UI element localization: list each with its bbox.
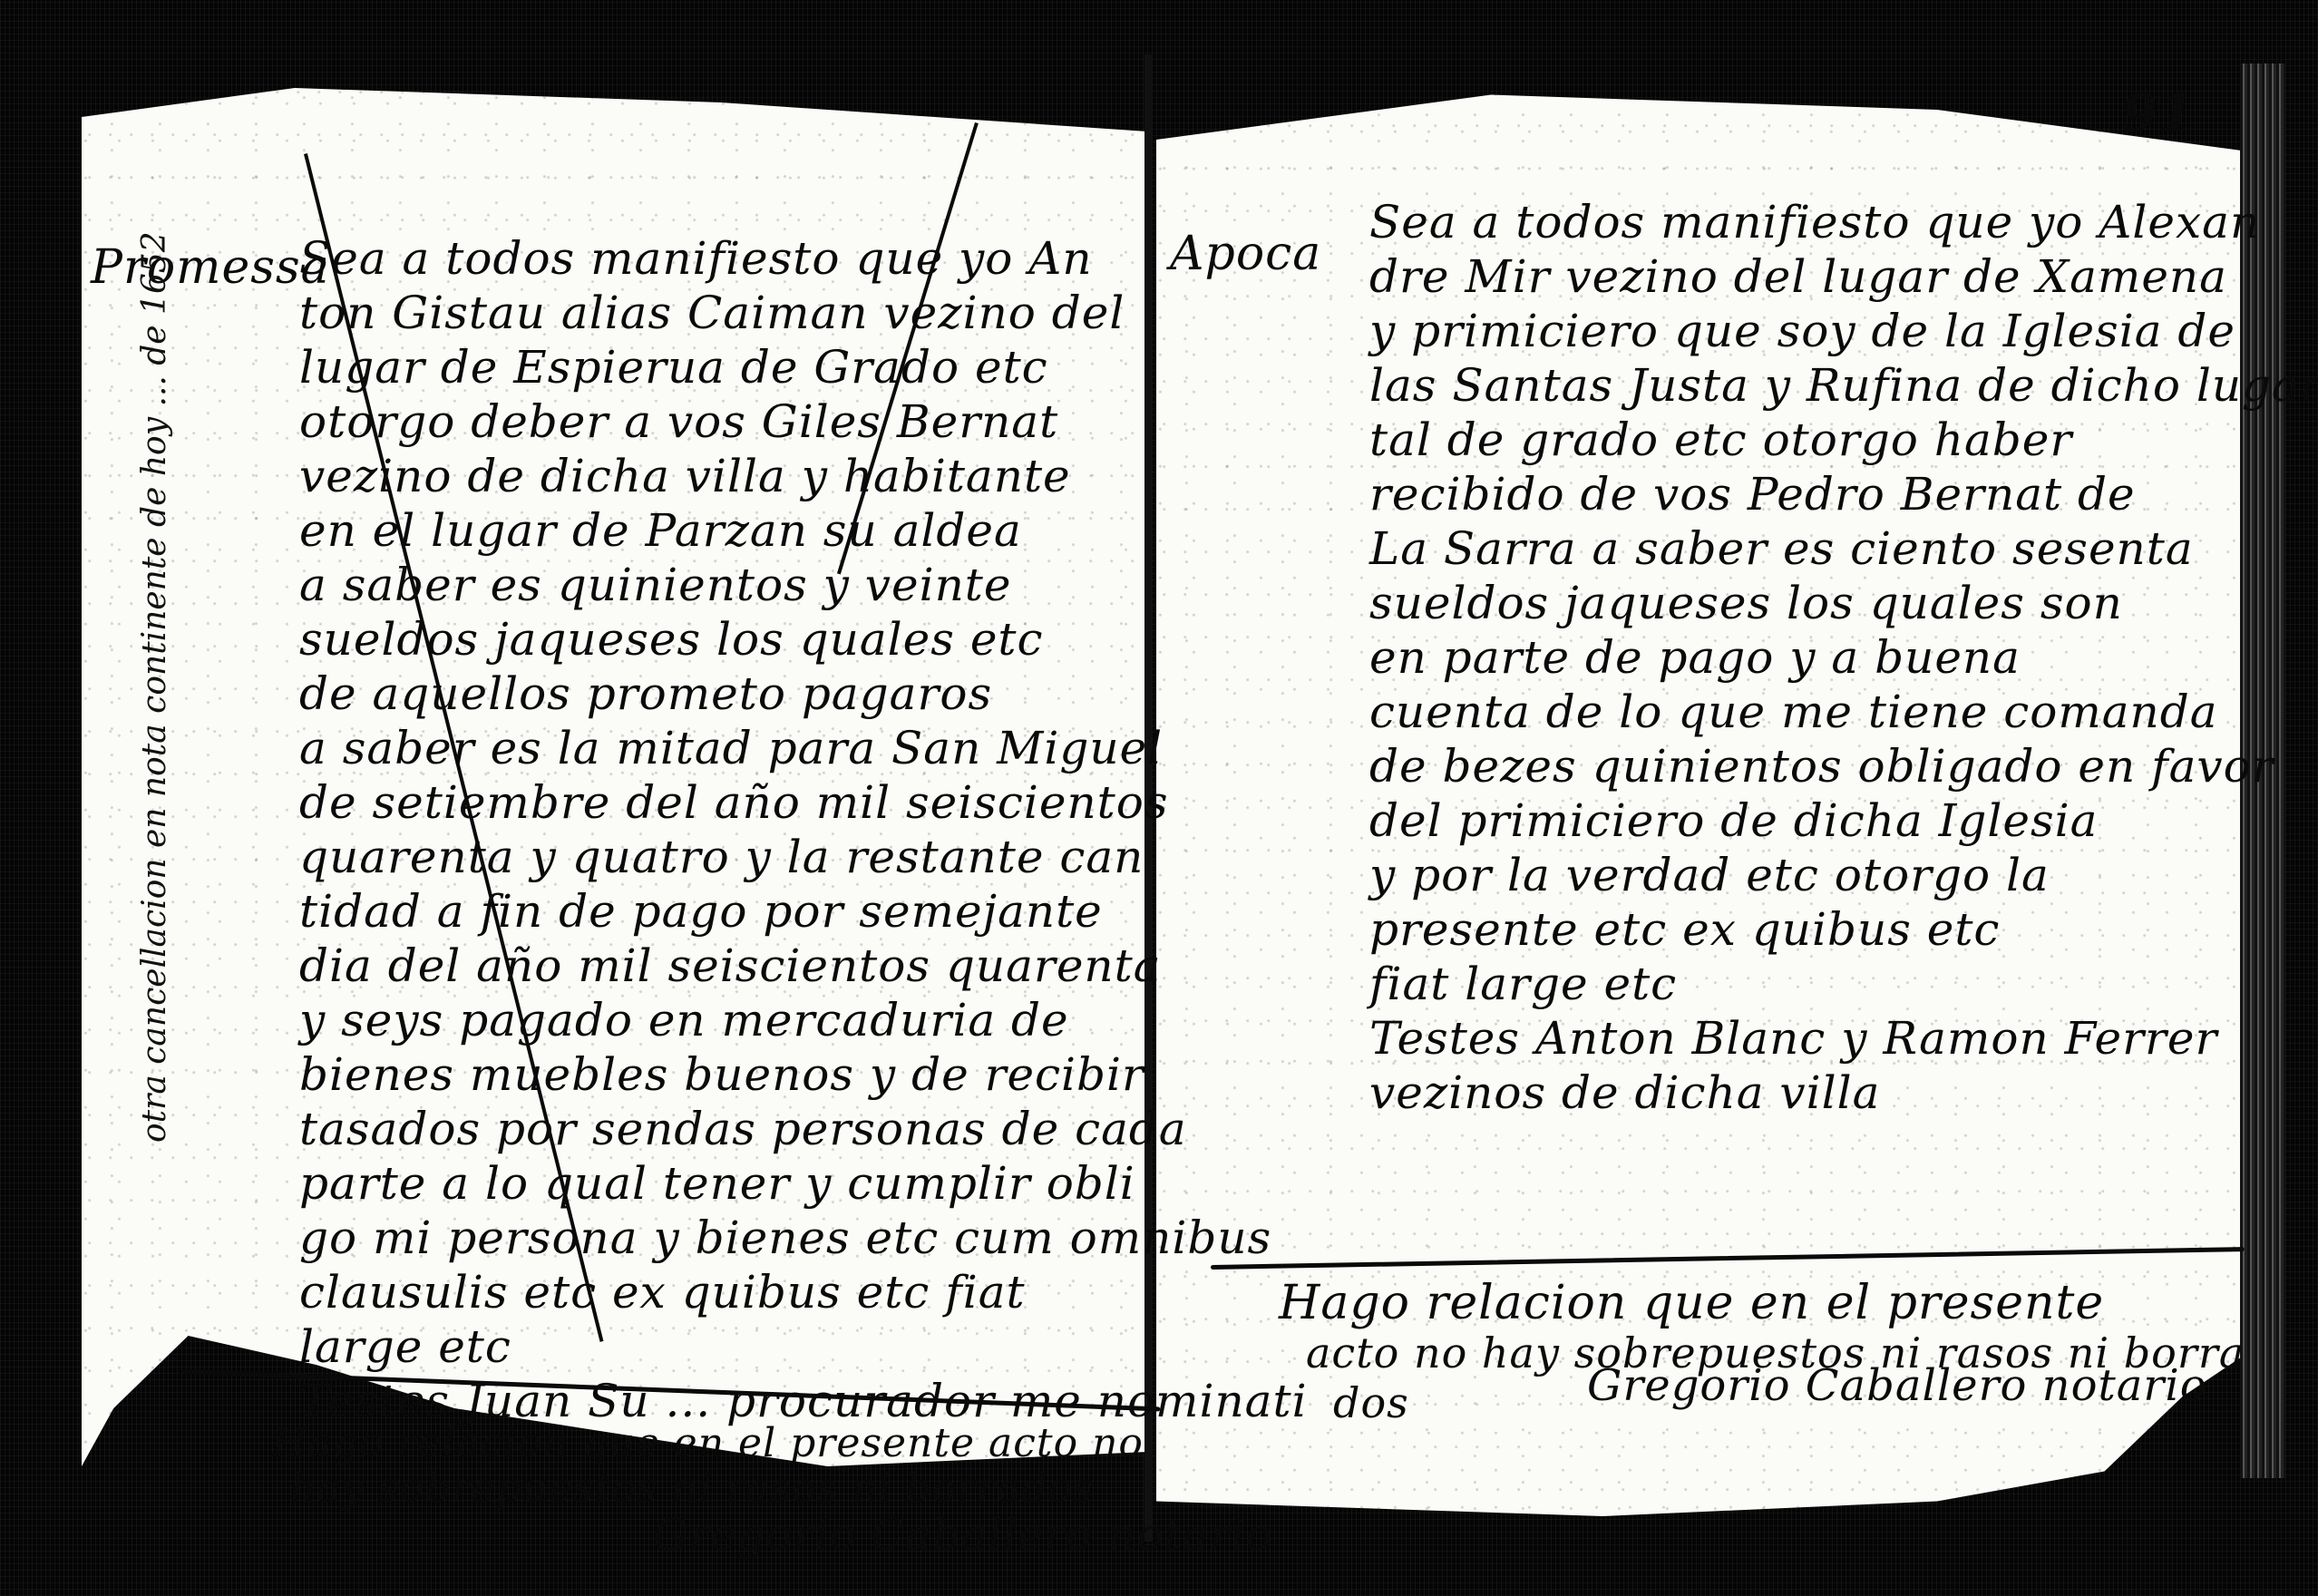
vertical-margin-note: otra cancellacion en nota continente de … <box>136 231 173 1143</box>
text-line: en parte de pago y a buena <box>1369 630 2318 685</box>
text-line: de aquellos prometo pagaros <box>299 667 1308 721</box>
text-line: go mi persona y bienes etc cum omnibus <box>299 1211 1308 1265</box>
text-line: en el lugar de Parzan su aldea <box>299 503 1308 558</box>
text-line: fiat large etc <box>1369 957 2318 1011</box>
right-footer-line: dos <box>1333 1378 1409 1427</box>
text-line: a saber es quinientos y veinte <box>299 558 1308 612</box>
text-line: dia del año mil seiscientos quarenta <box>299 939 1308 993</box>
text-line: otorgo deber a vos Giles Bernat <box>299 394 1308 449</box>
left-footer-line: hay sobrepuestos ni rasos ni borrados <box>290 1465 1094 1513</box>
text-line: y por la verdad etc otorgo la <box>1369 848 2318 902</box>
text-line: quarenta y quatro y la restante can <box>299 830 1308 884</box>
left-notary-signature: Gregorio Caballero notario <box>653 1510 1273 1561</box>
text-line: sueldos jaqueses los quales son <box>1369 576 2318 630</box>
text-line: vezinos de dicha villa <box>1369 1066 2318 1120</box>
text-line: Sea a todos manifiesto que yo An <box>299 231 1308 286</box>
text-line: presente etc ex quibus etc <box>1369 902 2318 957</box>
text-line: ton Gistau alias Caiman vezino del <box>299 286 1308 340</box>
right-footer-line: Hago relacion que en el presente <box>1279 1279 2104 1328</box>
text-line: de setiembre del año mil seiscientos <box>299 775 1308 830</box>
text-line: tasados por sendas personas de cada <box>299 1102 1308 1156</box>
text-line: cuenta de lo que me tiene comanda <box>1369 685 2318 739</box>
page-number: 91 <box>2122 83 2195 143</box>
manuscript-scan: Promessa otra cancellacion en nota conti… <box>0 0 2318 1596</box>
text-line: recibido de vos Pedro Bernat de <box>1369 467 2318 521</box>
text-line: tidad a fin de pago por semejante <box>299 884 1308 939</box>
text-line: Testes Anton Blanc y Ramon Ferrer <box>1369 1011 2318 1066</box>
text-line: las Santas Justa y Rufina de dicho lugar… <box>1369 358 2318 413</box>
right-notary-signature: Gregorio Caballero notario <box>1587 1360 2207 1411</box>
text-line: y seys pagado en mercaduria de <box>299 993 1308 1047</box>
left-footer-line: Hago relacion que en el presente acto no <box>272 1419 1144 1468</box>
text-line: sueldos jaqueses los quales etc <box>299 612 1308 667</box>
right-page-body: Sea a todos manifiesto que yo Alexan dre… <box>1369 195 2318 1120</box>
text-line: y primiciero que soy de la Iglesia de <box>1369 304 2318 358</box>
text-line: large etc <box>299 1319 1308 1374</box>
text-line: tal de grado etc otorgo haber <box>1369 413 2318 467</box>
text-line: de bezes quinientos obligado en favor <box>1369 739 2318 793</box>
text-line: a saber es la mitad para San Miguel <box>299 721 1308 775</box>
text-line: clausulis etc ex quibus etc fiat <box>299 1265 1308 1319</box>
left-margin-label: Promessa <box>91 240 330 295</box>
text-line: vezino de dicha villa y habitante <box>299 449 1308 503</box>
right-margin-label: Apoca <box>1170 227 1321 281</box>
text-line: Sea a todos manifiesto que yo Alexan <box>1369 195 2318 249</box>
left-page-body: Sea a todos manifiesto que yo An ton Gis… <box>299 231 1308 1428</box>
text-line: del primiciero de dicha Iglesia <box>1369 793 2318 848</box>
text-line: parte a lo qual tener y cumplir obli <box>299 1156 1308 1211</box>
text-line: dre Mir vezino del lugar de Xamena <box>1369 249 2318 304</box>
text-line: La Sarra a saber es ciento sesenta <box>1369 521 2318 576</box>
text-line: lugar de Espierua de Grado etc <box>299 340 1308 394</box>
text-line: bienes muebles buenos y de recibir <box>299 1047 1308 1102</box>
